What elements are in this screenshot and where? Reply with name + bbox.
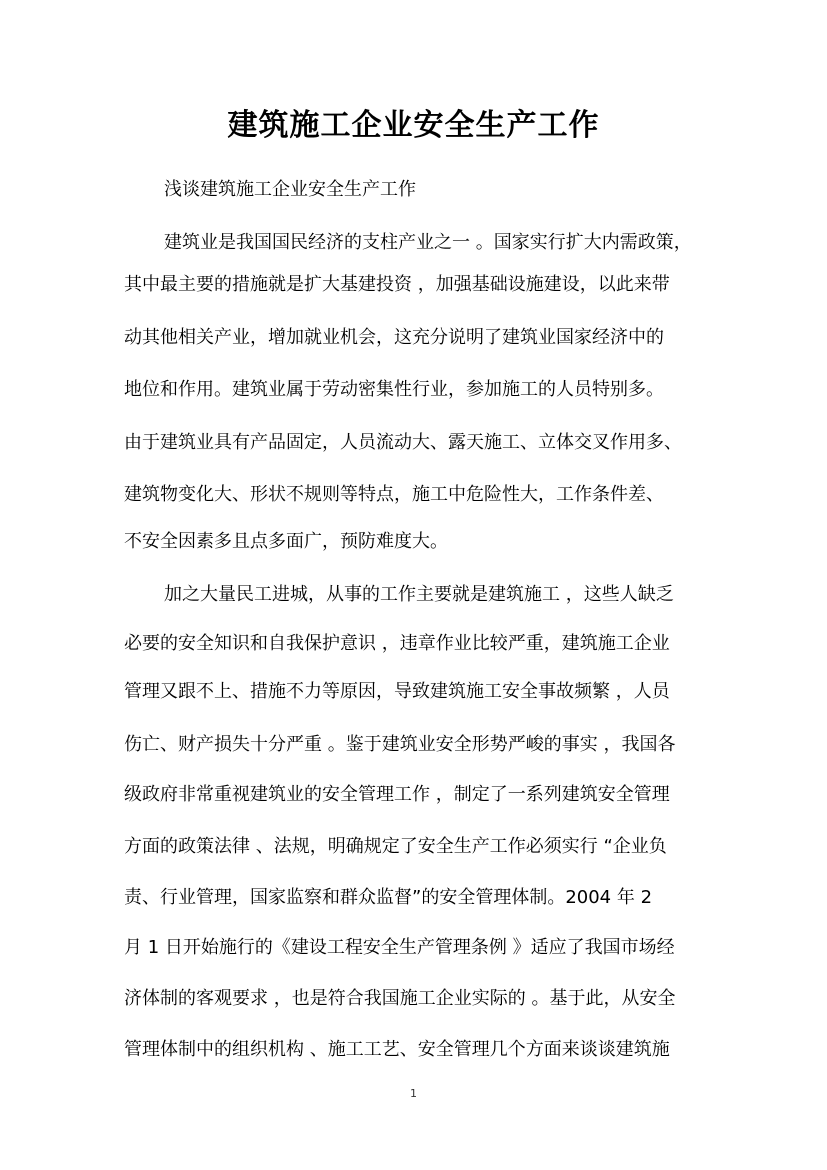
paragraph-line: 管理体制中的组织机构 、施工工艺、安全管理几个方面来谈谈建筑施 — [124, 1038, 670, 1062]
document-title: 建筑施工企业安全生产工作 — [0, 100, 827, 144]
page-number: 1 — [0, 1087, 827, 1100]
paragraph-line: 由于建筑业具有产品固定，人员流动大、露天施工、立体交叉作用多、 — [124, 431, 682, 455]
paragraph-line: 管理又跟不上、措施不力等原因，导致建筑施工安全事故频繁 ，人员 — [124, 680, 670, 704]
paragraph-line: 建筑物变化大、形状不规则等特点，施工中危险性大，工作条件差、 — [124, 483, 664, 507]
paragraph-line: 月 1 日开始施行的《建设工程安全生产管理条例 》适应了我国市场经 — [124, 936, 675, 960]
subtitle-line: 浅谈建筑施工企业安全生产工作 — [164, 178, 416, 202]
paragraph-line: 加之大量民工进城，从事的工作主要就是建筑施工 ，这些人缺乏 — [164, 583, 674, 607]
paragraph-line: 其中最主要的措施就是扩大基建投资 ，加强基础设施建设，以此来带 — [124, 273, 670, 297]
paragraph-line: 济体制的客观要求 ，也是符合我国施工企业实际的 。基于此，从安全 — [124, 987, 675, 1011]
paragraph-line: 必要的安全知识和自我保护意识 ，违章作业比较严重，建筑施工企业 — [124, 632, 670, 656]
paragraph-line: 地位和作用。建筑业属于劳动密集性行业，参加施工的人员特别多。 — [124, 378, 664, 402]
paragraph-line: 责、行业管理，国家监察和群众监督”的安全管理体制。2004 年 2 — [124, 886, 652, 910]
paragraph-line: 建筑业是我国国民经济的支柱产业之一 。国家实行扩大内需政策， — [164, 231, 692, 255]
paragraph-line: 级政府非常重视建筑业的安全管理工作 ，制定了一系列建筑安全管理 — [124, 783, 670, 807]
paragraph-line: 动其他相关产业，增加就业机会，这充分说明了建筑业国家经济中的 — [124, 326, 664, 350]
paragraph-line: 不安全因素多且点多面广，预防难度大。 — [124, 530, 448, 554]
paragraph-line: 伤亡、财产损失十分严重 。鉴于建筑业安全形势严峻的事实 ，我国各 — [124, 733, 675, 757]
paragraph-line: 方面的政策法律 、法规，明确规定了安全生产工作必须实行 “企业负 — [124, 835, 667, 859]
